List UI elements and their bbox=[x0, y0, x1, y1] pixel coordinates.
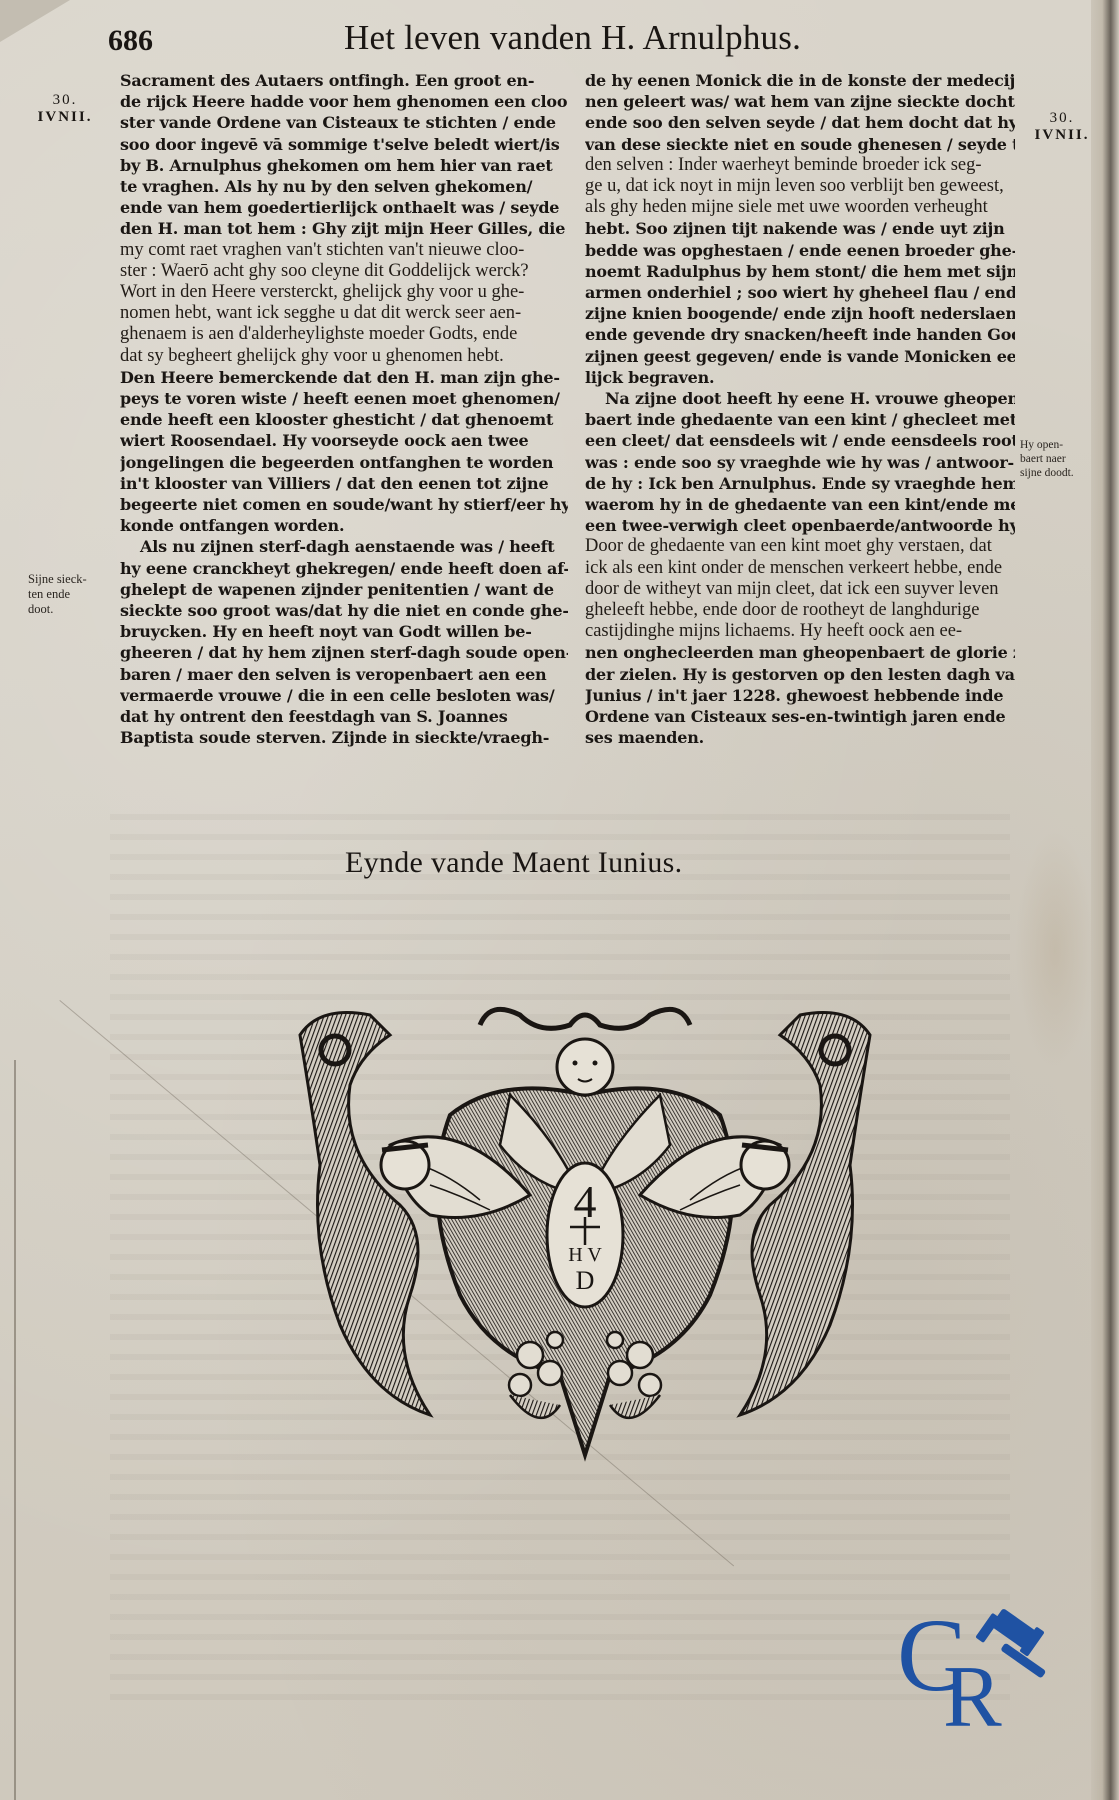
text-line: ick als een kint onder de menschen verke… bbox=[585, 558, 1015, 579]
text-line: hebt. Soo zijnen tijt nakende was / ende… bbox=[585, 218, 1015, 239]
text-line: armen onderhiel ; soo wiert hy gheheel f… bbox=[585, 282, 1015, 303]
text-line: jongelingen die begeerden ontfanghen te … bbox=[120, 452, 568, 473]
left-date-day: 30. bbox=[30, 92, 100, 109]
left-date-month: IVNII. bbox=[30, 109, 100, 126]
text-line: my comt raet vraghen van't stichten van'… bbox=[120, 240, 568, 261]
page-edge bbox=[1091, 0, 1119, 1800]
text-line: Door de ghedaente van een kint moet ghy … bbox=[585, 536, 1015, 557]
text-line: zijnen geest gegeven/ ende is vande Moni… bbox=[585, 346, 1015, 367]
text-line: ende gevende dry snacken/heeft inde hand… bbox=[585, 324, 1015, 345]
text-line: Na zijne doot heeft hy eene H. vrouwe gh… bbox=[585, 388, 1015, 409]
right-margin-date: 30. IVNII. bbox=[1022, 110, 1102, 144]
text-line: van dese sieckte niet en soude ghenesen … bbox=[585, 134, 1015, 155]
text-line: een twee-verwigh cleet openbaerde/antwoo… bbox=[585, 515, 1015, 536]
text-line: Junius / in't jaer 1228. ghewoest hebben… bbox=[585, 685, 1015, 706]
text-line: de hy eenen Monick die in de konste der … bbox=[585, 70, 1015, 91]
text-line: ster vande Ordene van Cisteaux te sticht… bbox=[120, 112, 568, 133]
margin-note-sickness: Sijne sieck- ten ende doot. bbox=[28, 572, 87, 617]
text-line: baren / maer den selven is veropenbaert … bbox=[120, 664, 568, 685]
text-line: een cleet/ dat eensdeels wit / ende eens… bbox=[585, 430, 1015, 451]
book-page: 686 Het leven vanden H. Arnulphus. 30. I… bbox=[0, 0, 1119, 1800]
right-date-day: 30. bbox=[1022, 110, 1102, 127]
text-line: soo door ingevē vā sommige t'selve beled… bbox=[120, 134, 568, 155]
text-line: konde ontfangen worden. bbox=[120, 515, 568, 536]
text-line: Ordene van Cisteaux ses-en-twintigh jare… bbox=[585, 706, 1015, 727]
text-line: gheleeft hebbe, ende door de rootheyt de… bbox=[585, 600, 1015, 621]
woodcut-ornament-icon: 4 H V D bbox=[280, 995, 890, 1465]
water-stain bbox=[1015, 830, 1095, 1070]
folded-corner bbox=[0, 0, 70, 42]
text-line: als ghy heden mijne siele met uwe woorde… bbox=[585, 197, 1015, 218]
margin-note-line: Sijne sieck- bbox=[28, 572, 87, 587]
text-line: door de witheyt van mijn cleet, dat ick … bbox=[585, 579, 1015, 600]
text-line: ge u, dat ick noyt in mijn leven soo ver… bbox=[585, 176, 1015, 197]
text-line: peys te voren wiste / heeft eenen moet g… bbox=[120, 388, 568, 409]
text-line: den H. man tot hem : Ghy zijt mijn Heer … bbox=[120, 218, 568, 239]
text-line: bruycken. Hy en heeft noyt van Godt will… bbox=[120, 621, 568, 642]
text-line: waerom hy in de ghedaente van een kint/e… bbox=[585, 494, 1015, 515]
text-line: ses maenden. bbox=[585, 727, 1015, 748]
text-line: Baptista soude sterven. Zijnde in sieckt… bbox=[120, 727, 568, 748]
text-line: der zielen. Hy is gestorven op den leste… bbox=[585, 664, 1015, 685]
text-line: den selven : Inder waerheyt beminde broe… bbox=[585, 155, 1015, 176]
text-line: ghenaem is aen d'alderheylighste moeder … bbox=[120, 324, 568, 345]
text-line: nen geleert was/ wat hem van zijne sieck… bbox=[585, 91, 1015, 112]
text-line: Sacrament des Autaers ontfingh. Een groo… bbox=[120, 70, 568, 91]
right-date-month: IVNII. bbox=[1022, 127, 1102, 144]
text-line: nen onghecleerden man gheopenbaert de gl… bbox=[585, 642, 1015, 663]
margin-note-line: Hy open- bbox=[1020, 438, 1074, 452]
text-line: Wort in den Heere versterckt, ghelijck g… bbox=[120, 282, 568, 303]
text-line: wiert Roosendael. Hy voorseyde oock aen … bbox=[120, 430, 568, 451]
text-line: ster : Waerō acht ghy soo cleyne dit God… bbox=[120, 261, 568, 282]
auction-house-logo-watermark: C R bbox=[895, 1598, 1075, 1728]
text-line: nomen hebt, want ick segghe u dat dit we… bbox=[120, 303, 568, 324]
text-line: noemt Radulphus by hem stont/ die hem me… bbox=[585, 261, 1015, 282]
text-line: was : ende soo sy vraeghde wie hy was / … bbox=[585, 452, 1015, 473]
text-line: dat hy ontrent den feestdagh van S. Joan… bbox=[120, 706, 568, 727]
text-line: dat sy begheert ghelijck ghy voor u ghen… bbox=[120, 346, 568, 367]
text-line: Den Heere bemerckende dat den H. man zij… bbox=[120, 367, 568, 388]
text-line: Als nu zijnen sterf-dagh aenstaende was … bbox=[120, 536, 568, 557]
monogram-bottom-letter: D bbox=[576, 1266, 595, 1295]
running-title: Het leven vanden H. Arnulphus. bbox=[344, 18, 801, 58]
right-text-column: de hy eenen Monick die in de konste der … bbox=[585, 70, 1015, 749]
left-text-column: Sacrament des Autaers ontfingh. Een groo… bbox=[120, 70, 568, 749]
section-closing-heading: Eynde vande Maent Iunius. bbox=[345, 846, 682, 880]
text-line: baert inde ghedaente van een kint / ghec… bbox=[585, 409, 1015, 430]
text-line: ende van hem goedertierlijck onthaelt wa… bbox=[120, 197, 568, 218]
left-margin-date: 30. IVNII. bbox=[30, 92, 100, 126]
text-line: by B. Arnulphus ghekomen om hem hier van… bbox=[120, 155, 568, 176]
margin-note-line: baert naer bbox=[1020, 452, 1074, 466]
margin-note-line: ten ende bbox=[28, 587, 87, 602]
text-line: zijne knien boogende/ ende zijn hooft ne… bbox=[585, 303, 1015, 324]
text-line: de rijck Heere hadde voor hem ghenomen e… bbox=[120, 91, 568, 112]
text-line: bedde was opghestaen / ende eenen broede… bbox=[585, 240, 1015, 261]
margin-note-line: doot. bbox=[28, 602, 87, 617]
text-line: castijdinghe mijns lichaems. Hy heeft oo… bbox=[585, 621, 1015, 642]
text-line: ghelept de wapenen zijnder penitentien /… bbox=[120, 579, 568, 600]
paper-tear bbox=[0, 1060, 16, 1800]
text-line: ende heeft een klooster ghesticht / dat … bbox=[120, 409, 568, 430]
text-line: begeerte niet comen en soude/want hy sti… bbox=[120, 494, 568, 515]
margin-note-appearance: Hy open- baert naer sijne doodt. bbox=[1020, 438, 1074, 480]
text-line: de hy : Ick ben Arnulphus. Ende sy vraeg… bbox=[585, 473, 1015, 494]
text-line: sieckte soo groot was/dat hy die niet en… bbox=[120, 600, 568, 621]
monogram-letters: H V bbox=[568, 1244, 602, 1266]
page-header: 686 Het leven vanden H. Arnulphus. bbox=[108, 18, 868, 66]
text-line: te vraghen. Als hy nu by den selven ghek… bbox=[120, 176, 568, 197]
text-line: ende soo den selven seyde / dat hem doch… bbox=[585, 112, 1015, 133]
text-line: in't klooster van Villiers / dat den een… bbox=[120, 473, 568, 494]
page-number: 686 bbox=[108, 24, 153, 58]
margin-note-line: sijne doodt. bbox=[1020, 466, 1074, 480]
text-line: vermaerde vrouwe / die in een celle besl… bbox=[120, 685, 568, 706]
text-line: gheeren / dat hy hem zijnen sterf-dagh s… bbox=[120, 642, 568, 663]
text-line: hy eene cranckheyt ghekregen/ ende heeft… bbox=[120, 558, 568, 579]
text-line: lijck begraven. bbox=[585, 367, 1015, 388]
logo-letter-r: R bbox=[943, 1649, 1002, 1728]
